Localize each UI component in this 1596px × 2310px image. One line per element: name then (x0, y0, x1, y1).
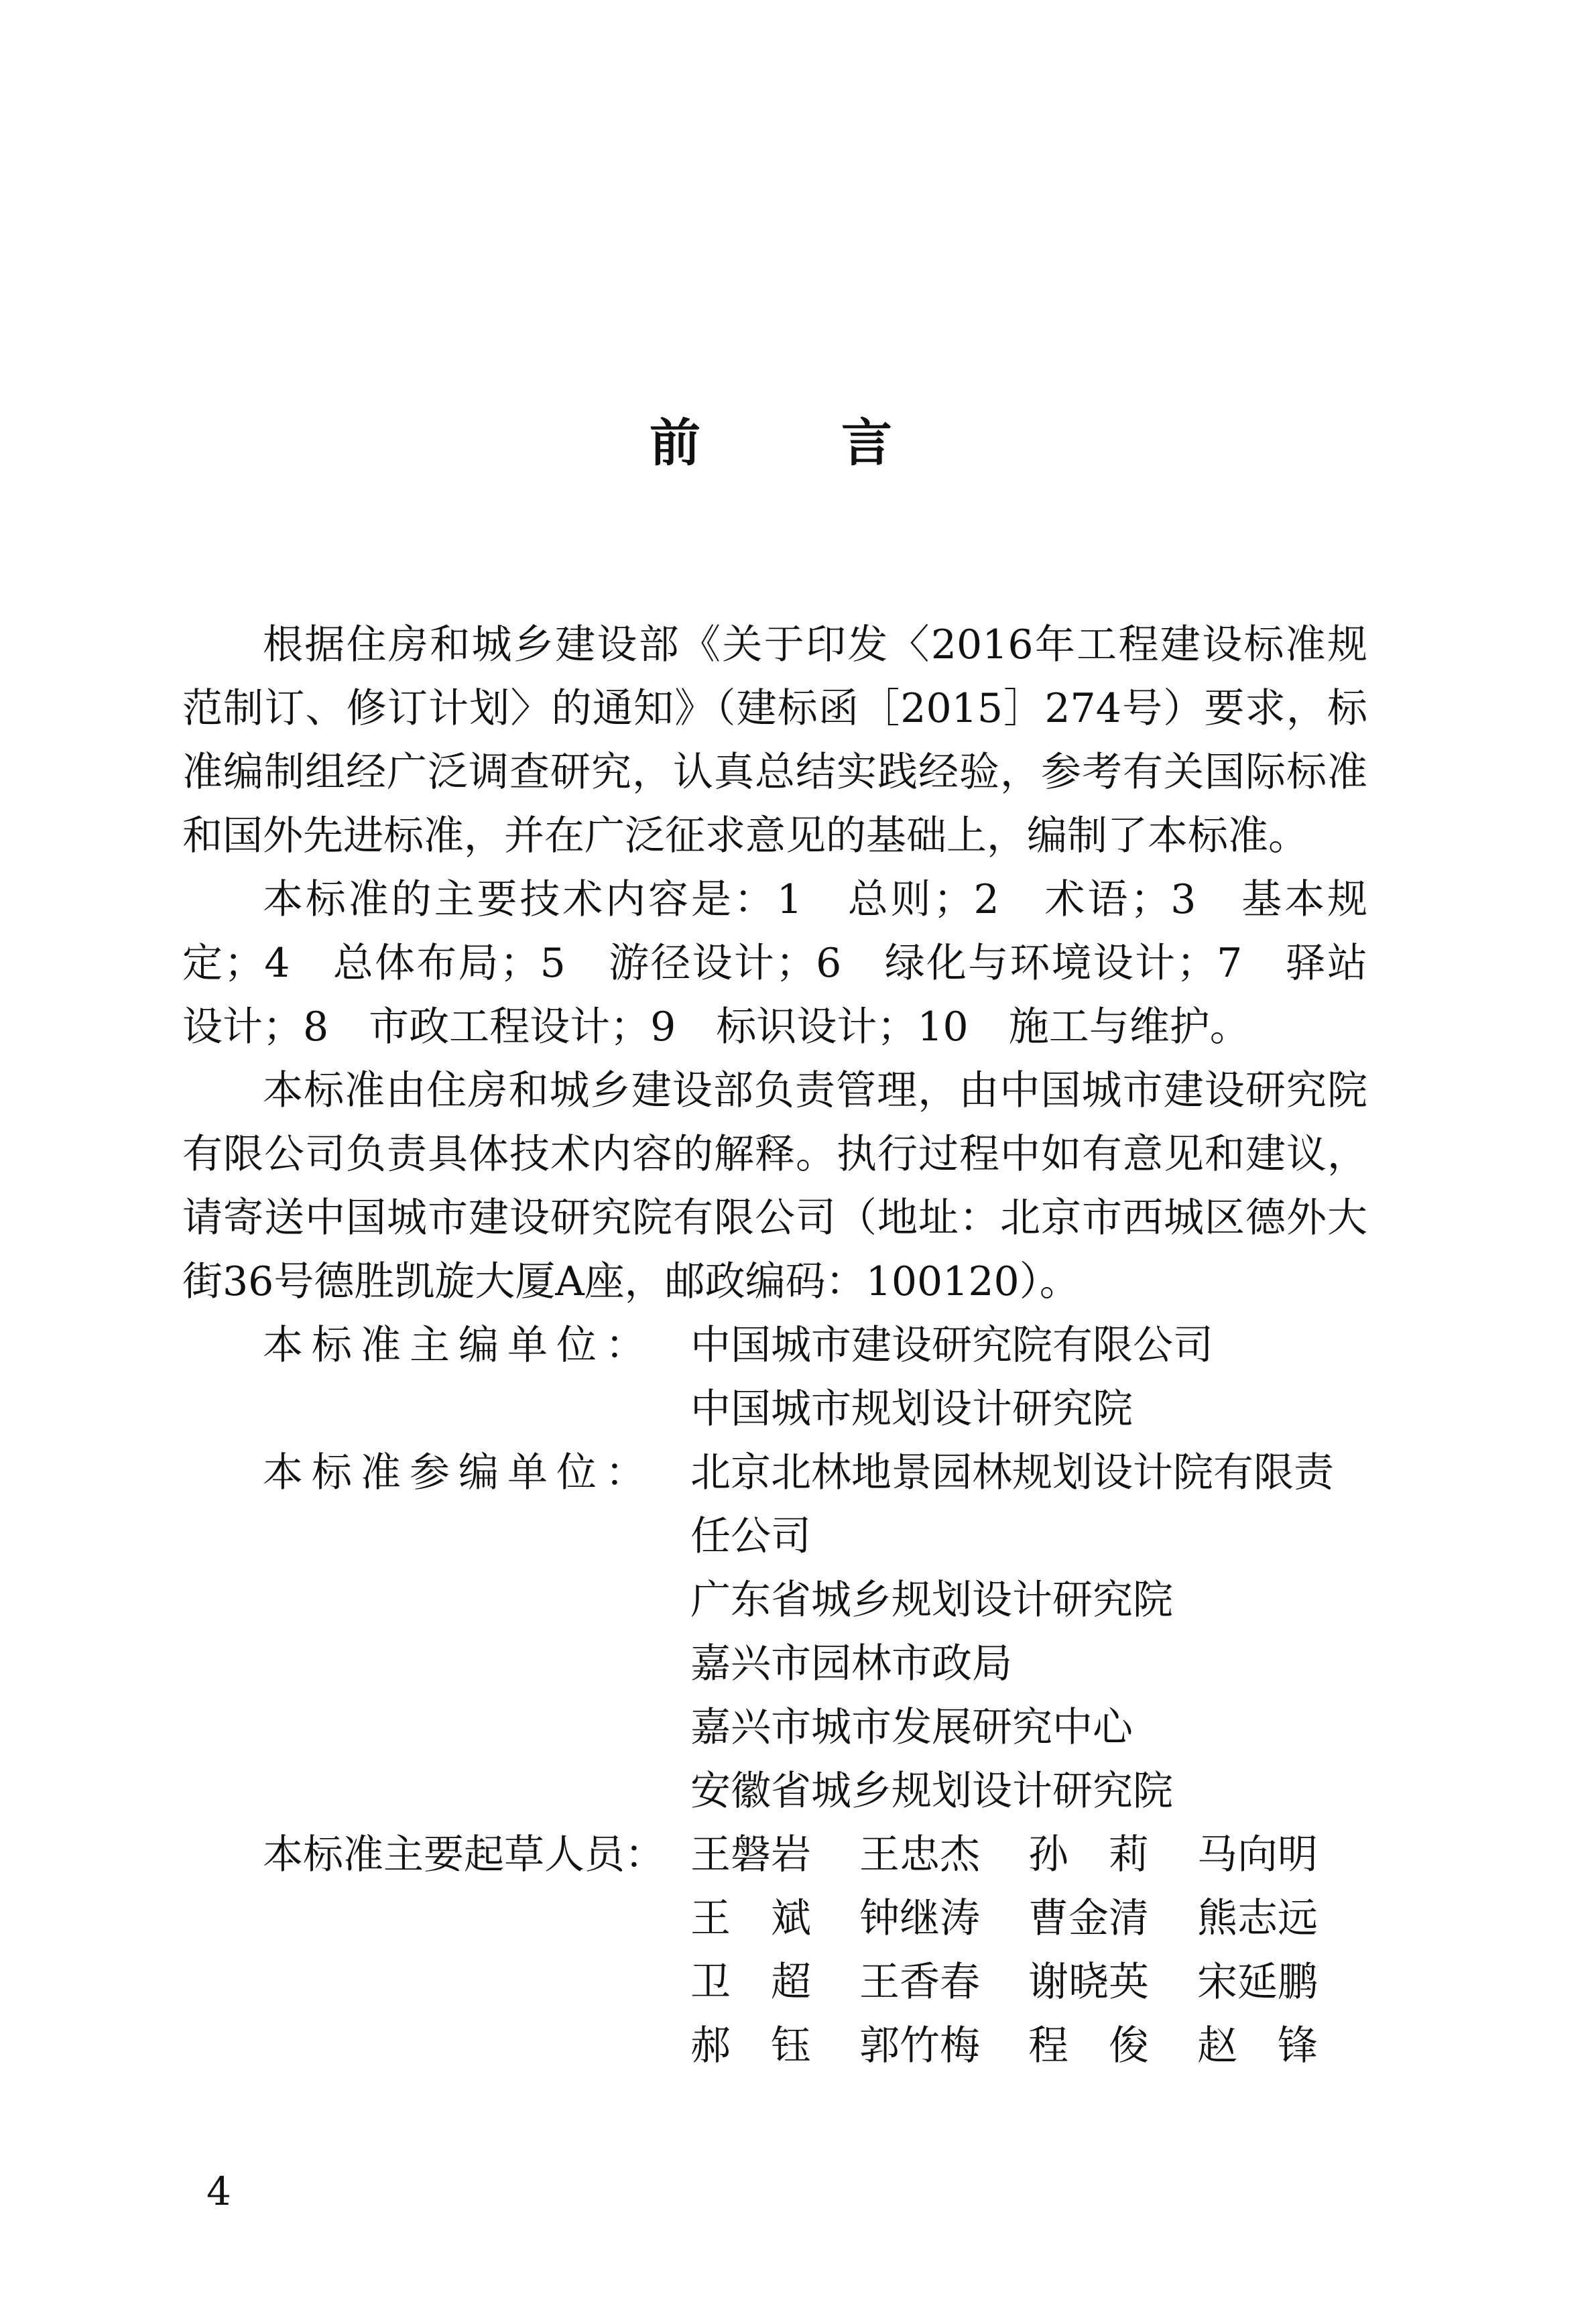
participating-units-list: 北京北林地景园林规划设计院有限责任公司 广东省城乡规划设计研究院 嘉兴市园林市政… (690, 1441, 1367, 1823)
drafters-list: 王磐岩 王忠杰 孙 莉 马向明 王 斌 钟继涛 曹金清 熊志远 卫 超 王香春 … (690, 1823, 1367, 2078)
page-title: 前言 (0, 402, 1542, 475)
participating-units-label: 本标准参编单位： (182, 1441, 690, 1823)
drafter-name: 钟继涛 (859, 1887, 1028, 1951)
drafters: 本标准主要起草人员： 王磐岩 王忠杰 孙 莉 马向明 王 斌 钟继涛 曹金清 熊… (182, 1823, 1367, 2078)
drafter-name: 程 俊 (1028, 2014, 1197, 2078)
credits: 本标准主编单位： 中国城市建设研究院有限公司 中国城市规划设计研究院 本标准参编… (182, 1314, 1367, 2078)
drafter-name: 熊志远 (1197, 1887, 1366, 1951)
chief-units: 本标准主编单位： 中国城市建设研究院有限公司 中国城市规划设计研究院 (182, 1314, 1367, 1441)
paragraph-basis: 根据住房和城乡建设部《关于印发〈2016年工程建设标准规范制订、修订计划〉的通知… (182, 613, 1367, 868)
drafter-name: 赵 锋 (1197, 2014, 1366, 2078)
paragraph-contents: 本标准的主要技术内容是：1 总则；2 术语；3 基本规定；4 总体布局；5 游径… (182, 868, 1367, 1059)
drafter-name: 王忠杰 (859, 1823, 1028, 1887)
chief-unit: 中国城市规划设计研究院 (690, 1378, 1367, 1441)
participating-unit: 北京北林地景园林规划设计院有限责任公司 (690, 1441, 1367, 1569)
drafter-name: 王香春 (859, 1951, 1028, 2014)
page-number: 4 (206, 2169, 231, 2214)
title-char-1: 前 (650, 402, 700, 475)
participating-unit: 嘉兴市园林市政局 (690, 1632, 1367, 1696)
drafter-name: 王磐岩 (690, 1823, 859, 1887)
drafter-name: 曹金清 (1028, 1887, 1197, 1951)
drafters-row: 卫 超 王香春 谢晓英 宋延鹏 (690, 1951, 1367, 2014)
drafters-row: 王磐岩 王忠杰 孙 莉 马向明 (690, 1823, 1367, 1887)
drafter-name: 王 斌 (690, 1887, 859, 1951)
preface-body: 根据住房和城乡建设部《关于印发〈2016年工程建设标准规范制订、修订计划〉的通知… (182, 613, 1367, 2078)
drafter-name: 宋延鹏 (1197, 1951, 1366, 2014)
participating-units: 本标准参编单位： 北京北林地景园林规划设计院有限责任公司 广东省城乡规划设计研究… (182, 1441, 1367, 1823)
drafter-name: 孙 莉 (1028, 1823, 1197, 1887)
drafter-name: 马向明 (1197, 1823, 1366, 1887)
chief-units-label: 本标准主编单位： (182, 1314, 690, 1441)
drafter-name: 郭竹梅 (859, 2014, 1028, 2078)
chief-units-list: 中国城市建设研究院有限公司 中国城市规划设计研究院 (690, 1314, 1367, 1441)
participating-unit: 安徽省城乡规划设计研究院 (690, 1760, 1367, 1823)
drafters-row: 王 斌 钟继涛 曹金清 熊志远 (690, 1887, 1367, 1951)
drafters-row: 郝 钰 郭竹梅 程 俊 赵 锋 (690, 2014, 1367, 2078)
title-char-2: 言 (841, 402, 892, 475)
paragraph-management: 本标准由住房和城乡建设部负责管理，由中国城市建设研究院有限公司负责具体技术内容的… (182, 1059, 1367, 1314)
drafter-name: 卫 超 (690, 1951, 859, 2014)
drafter-name: 郝 钰 (690, 2014, 859, 2078)
chief-unit: 中国城市建设研究院有限公司 (690, 1314, 1367, 1378)
participating-unit: 嘉兴市城市发展研究中心 (690, 1696, 1367, 1760)
participating-unit: 广东省城乡规划设计研究院 (690, 1569, 1367, 1632)
drafter-name: 谢晓英 (1028, 1951, 1197, 2014)
drafters-label: 本标准主要起草人员： (182, 1823, 690, 2078)
